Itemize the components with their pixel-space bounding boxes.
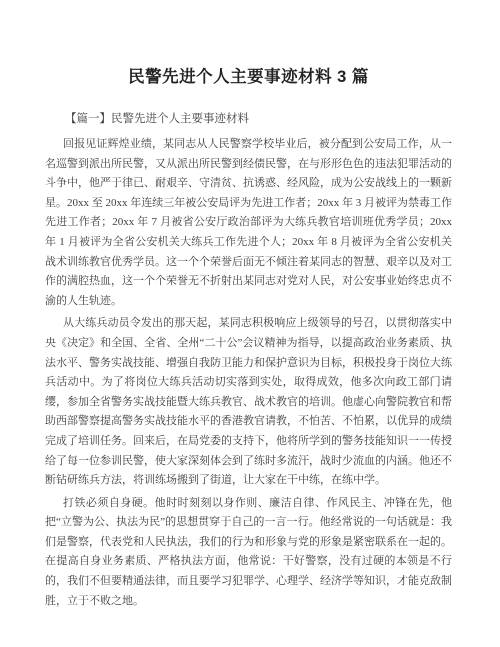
paragraph-1: 回报见证辉煌业绩，某同志从人民警察学校毕业后，被分配到公安局工作，从一名巡警到派…: [45, 135, 452, 311]
section-heading: 【篇一】民警先进个人主要事迹材料: [65, 112, 452, 135]
paragraph-3: 打铁必须自身硬。他时时刻刻以身作则、廉洁自律、作风民主、冲锋在先，他把“立警为公…: [45, 494, 452, 612]
document-title: 民警先进个人主要事迹材料 3 篇: [45, 66, 452, 88]
document-body: 回报见证辉煌业绩，某同志从人民警察学校毕业后，被分配到公安局工作，从一名巡警到派…: [45, 135, 452, 611]
document-page: 民警先进个人主要事迹材料 3 篇 【篇一】民警先进个人主要事迹材料 回报见证辉煌…: [0, 0, 500, 647]
paragraph-2: 从大练兵动员令发出的那天起，某同志积极响应上级领导的号召，以贯彻落实中央《决定》…: [45, 314, 452, 490]
